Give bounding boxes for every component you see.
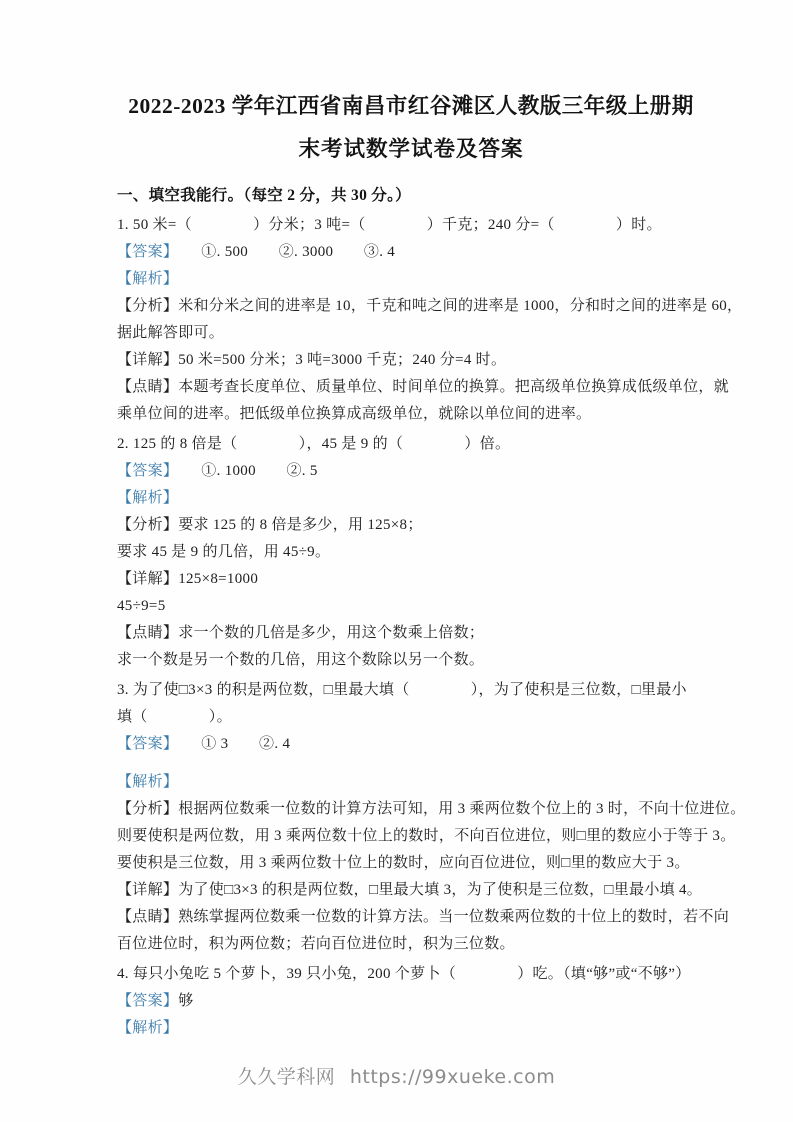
analysis-3-line1: 【分析】根据两位数乘一位数的计算方法可知，用 3 乘两位数个位上的 3 时，不向… (117, 796, 705, 823)
question-3-line2-text: 填（ ）。 (117, 709, 232, 725)
question-4-text: 4. 每只小兔吃 5 个萝卜，39 只小兔，200 个萝卜（ ）吃。（填“够”或… (117, 966, 691, 982)
detail-3-tag: 【详解】 (117, 882, 178, 898)
analysis-2-line1: 【分析】要求 125 的 8 倍是多少，用 125×8； (117, 512, 705, 539)
answer-1-text: ①. 500 ②. 3000 ③. 4 (171, 244, 395, 260)
question-2-text: 2. 125 的 8 倍是（ ），45 是 9 的（ ）倍。 (117, 436, 510, 452)
detail-3: 【详解】为了使□3×3 的积是两位数，□里最大填 3，为了使积是三位数，□里最小… (117, 877, 705, 904)
analysis-1-line2: 据此解答即可。 (117, 320, 705, 347)
question-1-text: 1. 50 米=（ ）分米；3 吨=（ ）千克；240 分=（ ）时。 (117, 217, 662, 233)
keypoint-1-line2-text: 乘单位间的进率。把低级单位换算成高级单位，就除以单位间的进率。 (117, 406, 591, 422)
answer-4-tag: 【答案】 (117, 993, 178, 1009)
detail-3-text: 为了使□3×3 的积是两位数，□里最大填 3，为了使积是三位数，□里最小填 4。 (178, 882, 702, 898)
analysis-3-line3: 要使积是三位数，用 3 乘两位数十位上的数时，应向百位进位，则□里的数应大于 3… (117, 850, 705, 877)
keypoint-1-line2: 乘单位间的进率。把低级单位换算成高级单位，就除以单位间的进率。 (117, 401, 705, 428)
answer-2-text: ①. 1000 ②. 5 (171, 463, 318, 479)
answer-3-tag: 【答案】 (117, 736, 171, 752)
detail-2-line1-tag: 【详解】 (117, 571, 178, 587)
detail-1-text: 50 米=500 分米；3 吨=3000 千克；240 分=4 时。 (178, 352, 506, 368)
answer-4-text: 够 (178, 993, 193, 1009)
keypoint-2-line1-text: 求一个数的几倍是多少，用这个数乘上倍数； (178, 625, 484, 641)
question-4: 4. 每只小兔吃 5 个萝卜，39 只小兔，200 个萝卜（ ）吃。（填“够”或… (117, 961, 705, 988)
keypoint-1-line1-text: 本题考查长度单位、质量单位、时间单位的换算。把高级单位换算成低级单位，就 (178, 379, 729, 395)
analysis-label-4: 【解析】 (117, 1015, 705, 1042)
question-3-line1-text: 3. 为了使□3×3 的积是两位数，□里最大填（ ），为了使积是三位数，□里最小 (117, 682, 687, 698)
analysis-label-4-tag: 【解析】 (117, 1020, 178, 1036)
answer-3-text: ① 3 ②. 4 (171, 736, 291, 752)
analysis-label-1: 【解析】 (117, 266, 705, 293)
document-page: 2022-2023 学年江西省南昌市红谷滩区人教版三年级上册期 末考试数学试卷及… (0, 0, 793, 1122)
analysis-3-line1-text: 根据两位数乘一位数的计算方法可知，用 3 乘两位数个位上的 3 时，不向十位进位… (178, 801, 745, 817)
page-title-line2: 末考试数学试卷及答案 (117, 136, 705, 162)
question-1: 1. 50 米=（ ）分米；3 吨=（ ）千克；240 分=（ ）时。 (117, 212, 705, 239)
answer-1-tag: 【答案】 (117, 244, 171, 260)
analysis-1-line1-tag: 【分析】 (117, 298, 178, 314)
answer-1: 【答案】 ①. 500 ②. 3000 ③. 4 (117, 239, 705, 266)
site-name: 久久学科网 (238, 1066, 336, 1088)
analysis-label-2: 【解析】 (117, 485, 705, 512)
analysis-3-line3-text: 要使积是三位数，用 3 乘两位数十位上的数时，应向百位进位，则□里的数应大于 3… (117, 855, 690, 871)
detail-2-line1: 【详解】125×8=1000 (117, 566, 705, 593)
answer-2: 【答案】 ①. 1000 ②. 5 (117, 458, 705, 485)
keypoint-2-line1: 【点睛】求一个数的几倍是多少，用这个数乘上倍数； (117, 620, 705, 647)
question-3-line1: 3. 为了使□3×3 的积是两位数，□里最大填（ ），为了使积是三位数，□里最小 (117, 677, 705, 704)
analysis-3-line2: 则要使积是两位数，用 3 乘两位数十位上的数时，不向百位进位，则□里的数应小于等… (117, 823, 705, 850)
keypoint-1-line1: 【点睛】本题考查长度单位、质量单位、时间单位的换算。把高级单位换算成低级单位，就 (117, 374, 705, 401)
detail-2-line1-text: 125×8=1000 (178, 571, 258, 587)
detail-1: 【详解】50 米=500 分米；3 吨=3000 千克；240 分=4 时。 (117, 347, 705, 374)
analysis-label-1-tag: 【解析】 (117, 271, 178, 287)
answer-2-tag: 【答案】 (117, 463, 171, 479)
keypoint-3-line1: 【点睛】熟练掌握两位数乘一位数的计算方法。当一位数乘两位数的十位上的数时，若不向 (117, 904, 705, 931)
site-watermark: 久久学科网 https://99xueke.com (0, 1062, 793, 1089)
keypoint-2-line1-tag: 【点睛】 (117, 625, 178, 641)
analysis-2-line2-text: 要求 45 是 9 的几倍，用 45÷9。 (117, 544, 330, 560)
keypoint-3-line1-tag: 【点睛】 (117, 909, 178, 925)
section-heading-text: 一、填空我能行。（每空 2 分，共 30 分。） (117, 187, 411, 204)
analysis-3-line2-text: 则要使积是两位数，用 3 乘两位数十位上的数时，不向百位进位，则□里的数应小于等… (117, 828, 736, 844)
page-title-line1: 2022-2023 学年江西省南昌市红谷滩区人教版三年级上册期 (117, 93, 705, 119)
question-3-line2: 填（ ）。 (117, 704, 705, 731)
answer-3: 【答案】 ① 3 ②. 4 (117, 731, 705, 758)
detail-2-line2-text: 45÷9=5 (117, 598, 166, 614)
answer-4: 【答案】够 (117, 988, 705, 1015)
detail-1-tag: 【详解】 (117, 352, 178, 368)
analysis-1-line2-text: 据此解答即可。 (117, 325, 224, 341)
site-url: https://99xueke.com (350, 1066, 555, 1088)
section-heading: 一、填空我能行。（每空 2 分，共 30 分。） (117, 182, 705, 209)
document-body: 一、填空我能行。（每空 2 分，共 30 分。）1. 50 米=（ ）分米；3 … (117, 182, 705, 1042)
keypoint-2-line2-text: 求一个数是另一个数的几倍，用这个数除以另一个数。 (117, 652, 484, 668)
page-title: 2022-2023 学年江西省南昌市红谷滩区人教版三年级上册期 末考试数学试卷及… (117, 93, 705, 162)
analysis-label-3-tag: 【解析】 (117, 774, 178, 790)
keypoint-2-line2: 求一个数是另一个数的几倍，用这个数除以另一个数。 (117, 647, 705, 674)
keypoint-1-line1-tag: 【点睛】 (117, 379, 178, 395)
analysis-2-line2: 要求 45 是 9 的几倍，用 45÷9。 (117, 539, 705, 566)
analysis-1-line1-text: 米和分米之间的进率是 10，千克和吨之间的进率是 1000，分和时之间的进率是 … (178, 298, 742, 314)
analysis-label-2-tag: 【解析】 (117, 490, 178, 506)
keypoint-3-line2-text: 百位进位时，积为两位数；若向百位进位时，积为三位数。 (117, 936, 515, 952)
keypoint-3-line1-text: 熟练掌握两位数乘一位数的计算方法。当一位数乘两位数的十位上的数时，若不向 (178, 909, 729, 925)
analysis-label-3: 【解析】 (117, 769, 705, 796)
analysis-2-line1-tag: 【分析】 (117, 517, 178, 533)
analysis-3-line1-tag: 【分析】 (117, 801, 178, 817)
keypoint-3-line2: 百位进位时，积为两位数；若向百位进位时，积为三位数。 (117, 931, 705, 958)
analysis-2-line1-text: 要求 125 的 8 倍是多少，用 125×8； (178, 517, 422, 533)
analysis-1-line1: 【分析】米和分米之间的进率是 10，千克和吨之间的进率是 1000，分和时之间的… (117, 293, 705, 320)
question-2: 2. 125 的 8 倍是（ ），45 是 9 的（ ）倍。 (117, 431, 705, 458)
detail-2-line2: 45÷9=5 (117, 593, 705, 620)
